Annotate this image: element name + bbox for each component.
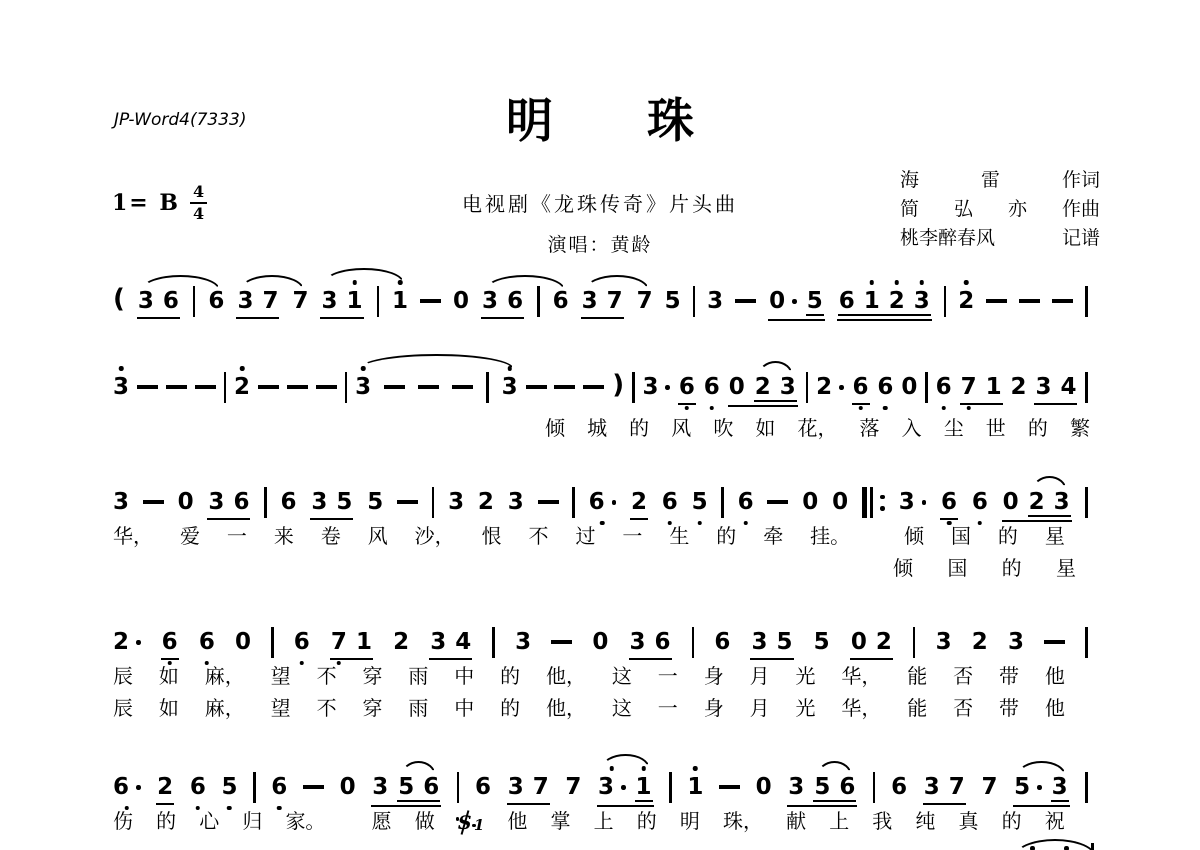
note-digit: 0 [832,489,848,515]
beam-group: 2 [156,774,174,805]
note-digit: 4 [455,629,471,655]
augmentation-dot-icon [621,785,626,790]
note-digit: 3 [508,489,524,515]
beam-group: 3 [1051,774,1069,802]
beam-group: 5 [806,288,824,316]
note-digit: 5 [692,489,708,515]
note: 0 [340,774,356,800]
note-digit: 3 [780,374,796,400]
note: 6 [839,288,855,314]
lyric-syllable: 麻， [205,665,245,689]
lyric-syllable: 华， [841,665,881,689]
note-digit: 6 [281,489,297,515]
lyric-syllable: 否 [953,665,973,689]
beam-group: 6 [161,629,179,660]
note: 2 [113,629,141,655]
slur-group: 33 [355,374,518,403]
note-digit: 2 [755,374,771,400]
dash-note [986,299,1007,303]
note: 3 [138,288,154,314]
note: 6 [839,774,855,800]
lyric-syllable: 的 [500,697,520,721]
lyric-syllable: 归 [242,810,262,834]
barline [693,286,696,317]
note-digit: 3 [508,774,524,800]
note-digit: 6 [891,774,907,800]
note-digit: 6 [271,774,287,800]
credit-part: 桃李醉春风 [900,223,995,250]
lyric-syllable: 星 [1056,557,1076,581]
note-digit: 6 [679,374,695,400]
lyric-syllable: 的 [716,525,736,549]
note: 6 [679,374,695,400]
lyric-syllable: 心 [199,810,219,834]
note-digit: 1 [347,288,363,314]
note-digit: 1 [986,374,1002,400]
note-digit: 5 [367,489,383,515]
note: 3 [1052,774,1068,800]
note: 0 [851,629,867,655]
credit-part: 作词 [1062,165,1100,192]
beam-group: 1 [635,774,653,802]
lyric-syllable: 我 [872,810,892,834]
note-digit: 3 [1035,374,1051,400]
note: 5 [814,774,830,800]
beam-group: 6123 [837,288,932,321]
dash-note [719,785,740,789]
lyric-syllable: 望 [271,697,291,721]
slur-group: 31 [597,774,654,807]
note: 3 [1054,489,1070,515]
note: 6 [507,288,523,314]
lyric-syllable: 上 [594,810,614,834]
note-digit: 6 [233,489,249,515]
lyric-syllable: 如 [755,417,775,441]
note-digit: 4 [1060,374,1076,400]
lyric-syllable: 他， [546,665,586,689]
credit-part: 海 [900,165,919,192]
note: 1 [347,288,363,314]
lyric-syllable: 风 [671,417,691,441]
beam-group: 31 [320,288,363,319]
note-digit: 0 [756,774,772,800]
repeat-start-barline [862,487,885,518]
dot-icon [880,495,885,500]
music-line-1: (3663773110366377530561232 [113,288,1088,320]
slur-fragment-icon [1014,839,1096,850]
note: 5 [1014,774,1042,800]
note-digit: 3 [138,288,154,314]
lyric-syllable: 光 [795,665,815,689]
note-digit: 3 [598,774,614,800]
note: 2 [157,774,173,800]
note: 3 [1008,629,1024,655]
note: 5 [367,489,383,515]
credit-line: 简弘亦作曲 [900,193,1100,222]
beam-group: 36 [481,288,524,319]
note-digit: 6 [738,489,754,515]
note-digit: 6 [941,489,957,515]
note-digit: 6 [475,774,491,800]
beam-group: 71 [960,374,1003,405]
note-digit: 6 [589,489,605,515]
note-digit: 7 [949,774,965,800]
dash-note [551,640,572,644]
credit-part: 作曲 [1062,194,1100,221]
note-digit: 6 [972,489,988,515]
lyric-syllable: 不 [317,665,337,689]
note: 3 [642,374,670,400]
lyric-syllable: 献 [786,810,806,834]
barline [1085,372,1088,403]
note: 3 [899,489,927,515]
note-digit: 3 [707,288,723,314]
beam-group: 356 [787,774,857,807]
barline [944,286,947,317]
note: 3 [508,774,524,800]
lyric-syllable: 爱 [180,525,200,549]
credit-line: 海雷作词 [900,164,1100,193]
lyric-syllable: 过 [575,525,595,549]
lyric-syllable: 沙， [415,525,455,549]
repeat-dots-icon [880,495,885,511]
lyrics-line-2-verse2: 倾国的星 [893,557,1076,581]
note-digit: 2 [876,629,892,655]
dash-note [258,385,279,389]
barline [1085,627,1088,658]
dot-icon [880,506,885,511]
note: 6 [281,489,297,515]
barline [193,286,196,317]
note: 7 [292,288,308,314]
slur-group: 56 [397,774,440,802]
note-digit: 1 [392,288,408,314]
note-digit: 5 [398,774,414,800]
note: 7 [607,288,623,314]
note-digit: 2 [478,489,494,515]
note: 7 [949,774,965,800]
lyric-syllable: 牵 [763,525,783,549]
augmentation-dot-icon [612,500,617,505]
credit-part: 记谱 [1062,223,1100,250]
lyric-syllable: 祝 [1045,810,1065,834]
dash-note [526,385,547,389]
barline [873,772,876,803]
lyric-syllable: 做 [415,810,435,834]
note-digit: 3 [582,288,598,314]
beam-group: 6 [852,374,870,405]
note-digit: 5 [814,629,830,655]
barline [1085,487,1088,518]
beam-group: 356 [371,774,441,807]
note-digit: 7 [981,774,997,800]
note: 3 [707,288,723,314]
credit-part: 简 [900,194,919,221]
note-digit: 7 [533,774,549,800]
lyric-syllable: 世 [986,417,1006,441]
lyric-syllable: 倾 [893,557,913,581]
lyric-syllable: 明 [680,810,700,834]
lyric-syllable: 伤 [113,810,133,834]
lyric-syllable: 星 [1045,525,1065,549]
credit-part: 雷 [981,165,1000,192]
note-digit: 6 [704,374,720,400]
beam-group: 23 [754,374,797,402]
next-line-fragment [1012,838,1172,850]
note: 3 [630,629,646,655]
dash-note [143,500,164,504]
note-digit: 6 [423,774,439,800]
note: 4 [455,629,471,655]
barline [457,772,460,803]
key-signature: 1= B 4 4 [112,184,207,222]
slur-group: 23 [1028,489,1071,517]
note-digit: 3 [430,629,446,655]
note: 6 [233,489,249,515]
lyric-syllable: 中 [454,665,474,689]
note: 3 [751,629,767,655]
note-digit: 2 [816,374,832,400]
lyric-syllable: 入 [902,417,922,441]
note-digit: 6 [162,629,178,655]
thin-bar [870,487,873,518]
lyric-syllable: 身 [704,665,724,689]
note-digit: 0 [1003,489,1019,515]
augmentation-dot-icon [792,299,797,304]
lyric-syllable: 家。 [285,810,325,834]
beam-group: 35 [310,489,353,520]
note: 3 [780,374,796,400]
augmentation-dot-icon [839,385,844,390]
slur-group: 53 [1013,774,1070,807]
segno-mark: S1 [458,810,484,834]
lyric-syllable: 穿 [362,697,382,721]
beam-group: 02 [850,629,893,660]
lyric-syllable: 他 [1045,665,1065,689]
note-digit: 7 [292,288,308,314]
note: 1 [392,288,408,314]
note: 2 [755,374,771,400]
note-digit: 6 [714,629,730,655]
note: 7 [565,774,581,800]
dash-note [137,385,158,389]
lyric-syllable: 尘 [944,417,964,441]
dash-note [316,385,337,389]
note-digit: 1 [687,774,703,800]
note-digit: 3 [515,629,531,655]
barline-fragment [1091,843,1094,850]
credit-part: 弘 [954,194,973,221]
beam-group: 37 [507,774,550,805]
note: 0 [832,489,848,515]
note: 5 [221,774,237,800]
barline [224,372,227,403]
dash-note [452,385,473,389]
note: 2 [972,629,988,655]
note: 3 [311,489,327,515]
note-digit: 3 [311,489,327,515]
lyric-syllable: 身 [704,697,724,721]
note-digit: 2 [1011,374,1027,400]
open-paren: ( [113,286,125,313]
barline [572,487,575,518]
note-digit: 2 [972,629,988,655]
dash-note [538,500,559,504]
note-digit: 2 [393,629,409,655]
note-digit: 5 [777,629,793,655]
note-digit: 0 [901,374,917,400]
lyric-syllable: 的 [1002,810,1022,834]
note: 6 [553,288,569,314]
note: 3 [372,774,388,800]
note-digit: 7 [565,774,581,800]
note-digit: 3 [113,489,129,515]
note-digit: 2 [234,374,250,400]
lyric-syllable: 国 [951,525,971,549]
note-digit: 2 [631,489,647,515]
note: 3 [113,374,129,400]
note-digit: 2 [889,288,905,314]
lyric-syllable: 一 [227,525,247,549]
lyric-syllable: 的 [500,665,520,689]
note: 3 [914,288,930,314]
note-digit: 5 [814,774,830,800]
note: 5 [692,489,708,515]
note: 5 [777,629,793,655]
lyric-syllable: 华， [841,697,881,721]
lyric-syllable: 一 [658,665,678,689]
note: 0 [769,288,797,314]
beam-group: 35 [750,629,793,660]
lyric-syllable: 珠， [723,810,763,834]
barline [377,286,380,317]
barline [253,772,256,803]
note-digit: 0 [592,629,608,655]
note-digit: 1 [636,774,652,800]
note-digit: 6 [507,288,523,314]
note: 3 [508,489,524,515]
note-digit: 7 [637,288,653,314]
note: 0 [453,288,469,314]
note-digit: 5 [221,774,237,800]
beam-group: 23 [1028,489,1071,517]
dot-icon [456,817,460,821]
lyric-syllable: 国 [947,557,967,581]
note: 2 [393,629,409,655]
lyric-syllable: 中 [454,697,474,721]
note: 2 [234,374,250,400]
note-digit: 3 [1052,774,1068,800]
lyric-syllable: 吹 [713,417,733,441]
note: 4 [1060,374,1076,400]
credits-block: 海雷作词简弘亦作曲桃李醉春风记谱 [900,164,1100,251]
note-digit: 3 [321,288,337,314]
dot-icon [472,824,476,828]
lyric-syllable: 他， [546,697,586,721]
lyric-syllable: 的 [629,417,649,441]
beam-group: 05 [768,288,825,321]
dash-note [418,385,439,389]
note-digit: 5 [665,288,681,314]
note-digit: 6 [294,629,310,655]
dash-note [384,385,405,389]
meter-denominator: 4 [193,204,204,222]
beam-group: 023 [1002,489,1072,522]
barline [486,372,489,403]
lyric-syllable: 卷 [321,525,341,549]
note: 5 [814,629,830,655]
barline [492,627,495,658]
dash-note [166,385,187,389]
slur-group: 23 [754,374,797,402]
note-digit: 6 [853,374,869,400]
barline [345,372,348,403]
lyric-syllable: 花， [797,417,837,441]
note: 6 [589,489,617,515]
note-digit: 0 [851,629,867,655]
beam-group: 56 [813,774,856,802]
note: 2 [876,629,892,655]
note: 1 [356,629,372,655]
augmentation-dot-icon [136,640,141,645]
slur-group: 377 [236,288,308,319]
lyrics-line-3-verse1: 辰如麻，望不穿雨中的他，这一身月光华，能否带他 [113,665,1065,689]
lyric-syllable: 如 [159,665,179,689]
lyric-syllable: 能 [907,665,927,689]
note-digit: 0 [340,774,356,800]
note-digit: 5 [1014,774,1030,800]
note: 6 [163,288,179,314]
note: 3 [482,288,498,314]
lyric-syllable: 的 [156,810,176,834]
beam-group: 56 [397,774,440,802]
note: 3 [208,489,224,515]
note: 6 [662,489,678,515]
beam-group: 6 [678,374,696,405]
tonality: 1= B [112,190,180,216]
lyrics-line-3-verse2: 辰如麻，望不穿雨中的他，这一身月光华，能否带他 [113,697,1065,721]
lyric-syllable: 生 [669,525,689,549]
lyric-syllable: 穿 [362,665,382,689]
note: 3 [582,288,598,314]
beam-group: 2 [630,489,648,520]
note-digit: 6 [208,288,224,314]
beam-group: 31 [597,774,654,807]
lyric-syllable: 真 [959,810,979,834]
beam-group: 34 [1034,374,1077,405]
note: 2 [1011,374,1027,400]
note-digit: 1 [356,629,372,655]
note-digit: 3 [502,374,518,400]
note: 3 [924,774,940,800]
note-digit: 1 [864,288,880,314]
note-digit: 0 [769,288,785,314]
lyric-syllable: 恨 [482,525,502,549]
note: 7 [533,774,549,800]
lyric-syllable: 这 [612,665,632,689]
segno-icon: S [458,812,473,834]
note: 3 [515,629,531,655]
lyric-syllable: 繁 [1070,417,1090,441]
lyric-syllable: 麻， [205,697,245,721]
dash-note [1044,640,1065,644]
music-line-3: 303663553236265600366023 [113,489,1088,521]
note-digit: 5 [336,489,352,515]
lyric-syllable: 辰 [113,665,133,689]
note-digit: 2 [157,774,173,800]
note: 3 [113,489,129,515]
lyric-syllable: 倾 [904,525,924,549]
